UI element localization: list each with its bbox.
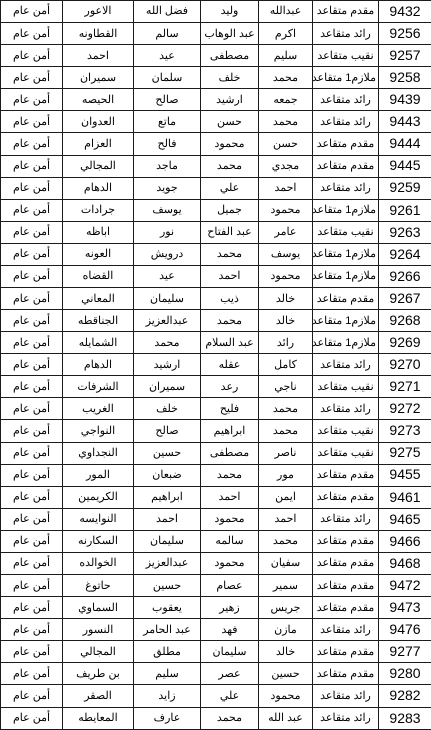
cell-agency: أمن عام [1,1,63,23]
cell-father-name: فهد [201,619,259,641]
cell-grandfather-name: سليمان [134,288,201,310]
cell-first-name: ايمن [259,486,313,508]
table-row: أمن عامالحيصهصالحارشيدجمعهرائد متقاعد943… [1,89,431,111]
cell-grandfather-name: عبدالعزيز [134,310,201,332]
cell-id: 9275 [379,442,431,464]
table-row: أمن عامالشمايلهمحمدعبد السلامرائدملازم1 … [1,332,431,354]
table-row: أمن عامالنواجيصالحابراهيممحمدنقيب متقاعد… [1,420,431,442]
cell-father-name: حسن [201,111,259,133]
cell-grandfather-name: خلف [134,398,201,420]
table-row: أمن عامالخوالدهعبدالعزيزمحمودسفيانمقدم م… [1,552,431,574]
cell-grandfather-name: حسين [134,442,201,464]
cell-rank: مقدم متقاعد [313,530,379,552]
cell-rank: ملازم1 متقاعد [313,199,379,221]
cell-id: 9432 [379,1,431,23]
cell-agency: أمن عام [1,288,63,310]
cell-father-name: خلف [201,67,259,89]
cell-agency: أمن عام [1,420,63,442]
cell-father-name: مصطفى [201,45,259,67]
cell-grandfather-name: حسين [134,575,201,597]
table-row: أمن عامبن طريفسليمعصرحسينمقدم متقاعد9280 [1,663,431,685]
cell-agency: أمن عام [1,155,63,177]
cell-rank: مقدم متقاعد [313,288,379,310]
cell-grandfather-name: ضبعان [134,464,201,486]
cell-first-name: جمعه [259,89,313,111]
cell-rank: مقدم متقاعد [313,155,379,177]
cell-id: 9445 [379,155,431,177]
cell-father-name: محمد [201,155,259,177]
cell-rank: نقيب متقاعد [313,221,379,243]
cell-first-name: ناجي [259,376,313,398]
cell-family-name: الكريمين [63,486,134,508]
cell-agency: أمن عام [1,464,63,486]
cell-agency: أمن عام [1,575,63,597]
cell-father-name: ذيب [201,288,259,310]
cell-agency: أمن عام [1,243,63,265]
cell-grandfather-name: عارف [134,707,201,730]
cell-rank: رائد متقاعد [313,508,379,530]
cell-first-name: محمود [259,685,313,707]
cell-id: 9439 [379,89,431,111]
cell-id: 9476 [379,619,431,641]
cell-id: 9256 [379,23,431,45]
table-row: أمن عامالسماوييعقوبزهيرجريسمقدم متقاعد94… [1,597,431,619]
cell-agency: أمن عام [1,332,63,354]
cell-id: 9272 [379,398,431,420]
cell-first-name: مازن [259,619,313,641]
cell-grandfather-name: عبد الحامر [134,619,201,641]
cell-agency: أمن عام [1,199,63,221]
cell-id: 9282 [379,685,431,707]
cell-id: 9283 [379,707,431,730]
cell-father-name: محمد [201,464,259,486]
table-row: أمن عامحاتوغحسينعصامسميرمقدم متقاعد9472 [1,575,431,597]
cell-first-name: عامر [259,221,313,243]
cell-rank: رائد متقاعد [313,177,379,199]
table-row: أمن عامالمعانيسليمانذيبخالدمقدم متقاعد92… [1,288,431,310]
cell-family-name: العدوان [63,111,134,133]
cell-family-name: السكارنه [63,530,134,552]
cell-grandfather-name: ابراهيم [134,486,201,508]
cell-grandfather-name: احمد [134,508,201,530]
cell-id: 9277 [379,641,431,663]
table-row: أمن عامالنسورعبد الحامرفهدمازنرائد متقاع… [1,619,431,641]
cell-father-name: مصطفى [201,442,259,464]
cell-father-name: محمد [201,310,259,332]
cell-first-name: محمد [259,530,313,552]
cell-father-name: علي [201,685,259,707]
cell-id: 9269 [379,332,431,354]
cell-first-name: احمد [259,508,313,530]
cell-agency: أمن عام [1,133,63,155]
cell-grandfather-name: مطلق [134,641,201,663]
table-row: أمن عاماباظهنورعبد الفتاحعامرنقيب متقاعد… [1,221,431,243]
cell-rank: ملازم1 متقاعد [313,67,379,89]
cell-first-name: حسن [259,133,313,155]
cell-agency: أمن عام [1,641,63,663]
table-row: أمن عامالصقرزايدعليمحمودرائد متقاعد9282 [1,685,431,707]
cell-agency: أمن عام [1,89,63,111]
cell-family-name: سميران [63,67,134,89]
cell-father-name: عصر [201,663,259,685]
cell-family-name: القضاه [63,265,134,287]
cell-agency: أمن عام [1,508,63,530]
cell-rank: مقدم متقاعد [313,575,379,597]
cell-father-name: عبد الوهاب [201,23,259,45]
retirees-table: أمن عامالاعورفضل اللهوليدعبداللهمقدم متق… [0,0,431,730]
cell-id: 9455 [379,464,431,486]
cell-grandfather-name: ارشيد [134,354,201,376]
cell-family-name: النوايسه [63,508,134,530]
cell-id: 9472 [379,575,431,597]
cell-id: 9267 [379,288,431,310]
table-row: أمن عامالمورضبعانمحمدمورمقدم متقاعد9455 [1,464,431,486]
cell-agency: أمن عام [1,619,63,641]
cell-grandfather-name: عبدالعزيز [134,552,201,574]
cell-father-name: سالمه [201,530,259,552]
cell-first-name: عبد الله [259,707,313,730]
cell-rank: مقدم متقاعد [313,663,379,685]
cell-grandfather-name: يعقوب [134,597,201,619]
cell-agency: أمن عام [1,552,63,574]
cell-first-name: سفيان [259,552,313,574]
cell-family-name: العونه [63,243,134,265]
cell-father-name: فليح [201,398,259,420]
cell-grandfather-name: سالم [134,23,201,45]
cell-id: 9273 [379,420,431,442]
cell-rank: ملازم1 متقاعد [313,310,379,332]
cell-grandfather-name: صالح [134,420,201,442]
cell-rank: نقيب متقاعد [313,442,379,464]
cell-rank: رائد متقاعد [313,398,379,420]
cell-grandfather-name: درويش [134,243,201,265]
cell-family-name: المعايطه [63,707,134,730]
cell-id: 9473 [379,597,431,619]
cell-first-name: جريس [259,597,313,619]
cell-rank: رائد متقاعد [313,354,379,376]
cell-first-name: سليم [259,45,313,67]
cell-first-name: يوسف [259,243,313,265]
cell-first-name: خالد [259,310,313,332]
cell-rank: ملازم1 متقاعد [313,265,379,287]
cell-id: 9268 [379,310,431,332]
cell-family-name: الاعور [63,1,134,23]
cell-id: 9257 [379,45,431,67]
table-row: أمن عامالعونهدرويشمحمديوسفملازم1 متقاعد9… [1,243,431,265]
table-row: أمن عامالعزامفالحمحمودحسنمقدم متقاعد9444 [1,133,431,155]
table-row: أمن عامالغريبخلففليحمحمدرائد متقاعد9272 [1,398,431,420]
cell-father-name: احمد [201,265,259,287]
cell-grandfather-name: سميران [134,376,201,398]
cell-father-name: محمود [201,133,259,155]
table-row: أمن عامالدهامارشيدعقلهكاملرائد متقاعد927… [1,354,431,376]
table-row: أمن عامالقطاونهسالمعبد الوهاباكرمرائد مت… [1,23,431,45]
cell-agency: أمن عام [1,177,63,199]
cell-id: 9258 [379,67,431,89]
cell-grandfather-name: جويد [134,177,201,199]
cell-family-name: اباظه [63,221,134,243]
cell-grandfather-name: فضل الله [134,1,201,23]
cell-family-name: احمد [63,45,134,67]
cell-father-name: وليد [201,1,259,23]
cell-father-name: عبد الفتاح [201,221,259,243]
cell-rank: ملازم1 متقاعد [313,243,379,265]
cell-family-name: النجداوي [63,442,134,464]
cell-family-name: الدهام [63,177,134,199]
cell-agency: أمن عام [1,442,63,464]
cell-family-name: الشمايله [63,332,134,354]
cell-agency: أمن عام [1,23,63,45]
cell-father-name: جميل [201,199,259,221]
cell-agency: أمن عام [1,486,63,508]
cell-rank: مقدم متقاعد [313,1,379,23]
cell-rank: رائد متقاعد [313,23,379,45]
cell-father-name: محمود [201,508,259,530]
cell-id: 9261 [379,199,431,221]
cell-first-name: مور [259,464,313,486]
cell-agency: أمن عام [1,67,63,89]
cell-grandfather-name: صالح [134,89,201,111]
cell-rank: نقيب متقاعد [313,45,379,67]
cell-id: 9259 [379,177,431,199]
cell-family-name: المجالي [63,641,134,663]
table-row: أمن عامالجناقطهعبدالعزيزمحمدخالدملازم1 م… [1,310,431,332]
table-row: أمن عامالمجاليمطلقسليمانخالدمقدم متقاعد9… [1,641,431,663]
cell-family-name: جرادات [63,199,134,221]
cell-father-name: رعد [201,376,259,398]
cell-grandfather-name: محمد [134,332,201,354]
cell-father-name: ارشيد [201,89,259,111]
cell-family-name: الدهام [63,354,134,376]
cell-family-name: النواجي [63,420,134,442]
table-row: أمن عامجراداتيوسفجميلمحمودملازم1 متقاعد9… [1,199,431,221]
cell-id: 9468 [379,552,431,574]
table-row: أمن عامالاعورفضل اللهوليدعبداللهمقدم متق… [1,1,431,23]
table-row: أمن عامالسكارنهسليمانسالمهمحمدمقدم متقاع… [1,530,431,552]
cell-grandfather-name: سليمان [134,530,201,552]
table-row: أمن عامالعدوانماتعحسنمحمدرائد متقاعد9443 [1,111,431,133]
cell-first-name: سمير [259,575,313,597]
table-row: أمن عامالكريمينابراهيماحمدايمنمقدم متقاع… [1,486,431,508]
cell-rank: مقدم متقاعد [313,133,379,155]
cell-family-name: الجناقطه [63,310,134,332]
cell-family-name: النسور [63,619,134,641]
cell-first-name: محمود [259,199,313,221]
cell-agency: أمن عام [1,111,63,133]
cell-rank: مقدم متقاعد [313,641,379,663]
cell-agency: أمن عام [1,221,63,243]
cell-first-name: محمد [259,398,313,420]
cell-id: 9264 [379,243,431,265]
cell-rank: مقدم متقاعد [313,552,379,574]
cell-agency: أمن عام [1,265,63,287]
table-row: أمن عامالنجداويحسينمصطفىناصرنقيب متقاعد9… [1,442,431,464]
cell-family-name: المعاني [63,288,134,310]
cell-first-name: مجدي [259,155,313,177]
cell-family-name: الغريب [63,398,134,420]
table-row: أمن عامسميرانسلمانخلفمحمدملازم1 متقاعد92… [1,67,431,89]
cell-grandfather-name: ماتع [134,111,201,133]
cell-id: 9465 [379,508,431,530]
cell-rank: مقدم متقاعد [313,597,379,619]
cell-id: 9461 [379,486,431,508]
cell-first-name: رائد [259,332,313,354]
cell-first-name: ناصر [259,442,313,464]
cell-first-name: خالد [259,288,313,310]
cell-id: 9280 [379,663,431,685]
cell-agency: أمن عام [1,530,63,552]
cell-first-name: حسين [259,663,313,685]
cell-agency: أمن عام [1,310,63,332]
cell-rank: رائد متقاعد [313,89,379,111]
cell-family-name: العزام [63,133,134,155]
cell-father-name: عبد السلام [201,332,259,354]
cell-father-name: ابراهيم [201,420,259,442]
cell-id: 9263 [379,221,431,243]
cell-father-name: زهير [201,597,259,619]
cell-first-name: محمد [259,67,313,89]
cell-father-name: علي [201,177,259,199]
cell-family-name: الصقر [63,685,134,707]
table-row: أمن عامالدهامجويدعلياحمدرائد متقاعد9259 [1,177,431,199]
cell-family-name: السماوي [63,597,134,619]
cell-id: 9466 [379,530,431,552]
cell-rank: مقدم متقاعد [313,486,379,508]
cell-grandfather-name: نور [134,221,201,243]
cell-rank: رائد متقاعد [313,707,379,730]
cell-agency: أمن عام [1,707,63,730]
cell-grandfather-name: ماجد [134,155,201,177]
cell-grandfather-name: فالح [134,133,201,155]
cell-id: 9271 [379,376,431,398]
cell-father-name: عقله [201,354,259,376]
cell-rank: رائد متقاعد [313,111,379,133]
cell-rank: رائد متقاعد [313,685,379,707]
cell-id: 9270 [379,354,431,376]
cell-first-name: محمد [259,420,313,442]
cell-first-name: خالد [259,641,313,663]
table-row: أمن عامالنوايسهاحمدمحموداحمدرائد متقاعد9… [1,508,431,530]
cell-id: 9444 [379,133,431,155]
cell-father-name: محمد [201,243,259,265]
cell-family-name: بن طريف [63,663,134,685]
cell-id: 9266 [379,265,431,287]
cell-first-name: عبدالله [259,1,313,23]
cell-family-name: الخوالده [63,552,134,574]
cell-agency: أمن عام [1,45,63,67]
cell-family-name: الحيصه [63,89,134,111]
cell-first-name: كامل [259,354,313,376]
cell-grandfather-name: عيد [134,265,201,287]
cell-agency: أمن عام [1,685,63,707]
cell-grandfather-name: يوسف [134,199,201,221]
cell-rank: نقيب متقاعد [313,420,379,442]
retirees-table-body: أمن عامالاعورفضل اللهوليدعبداللهمقدم متق… [1,1,431,730]
cell-rank: مقدم متقاعد [313,464,379,486]
cell-first-name: اكرم [259,23,313,45]
table-row: أمن عامالقضاهعيداحمدمحمودملازم1 متقاعد92… [1,265,431,287]
cell-id: 9443 [379,111,431,133]
table-row: أمن عامالمعايطهعارفمحمدعبد اللهرائد متقا… [1,707,431,730]
cell-family-name: المور [63,464,134,486]
cell-agency: أمن عام [1,398,63,420]
cell-father-name: احمد [201,486,259,508]
cell-first-name: محمود [259,265,313,287]
cell-agency: أمن عام [1,354,63,376]
cell-father-name: محمود [201,552,259,574]
cell-rank: ملازم1 متقاعد [313,332,379,354]
cell-first-name: احمد [259,177,313,199]
cell-family-name: الشرفات [63,376,134,398]
cell-agency: أمن عام [1,376,63,398]
cell-family-name: المجالي [63,155,134,177]
table-row: أمن عاماحمدعيدمصطفىسليمنقيب متقاعد9257 [1,45,431,67]
cell-rank: رائد متقاعد [313,619,379,641]
cell-agency: أمن عام [1,663,63,685]
cell-father-name: عصام [201,575,259,597]
cell-grandfather-name: زايد [134,685,201,707]
cell-grandfather-name: عيد [134,45,201,67]
cell-family-name: القطاونه [63,23,134,45]
table-row: أمن عامالشرفاتسميرانرعدناجينقيب متقاعد92… [1,376,431,398]
cell-father-name: محمد [201,707,259,730]
cell-agency: أمن عام [1,597,63,619]
cell-family-name: حاتوغ [63,575,134,597]
table-row: أمن عامالمجاليماجدمحمدمجديمقدم متقاعد944… [1,155,431,177]
cell-rank: نقيب متقاعد [313,376,379,398]
cell-first-name: محمد [259,111,313,133]
cell-father-name: سليمان [201,641,259,663]
cell-grandfather-name: سليم [134,663,201,685]
cell-grandfather-name: سلمان [134,67,201,89]
